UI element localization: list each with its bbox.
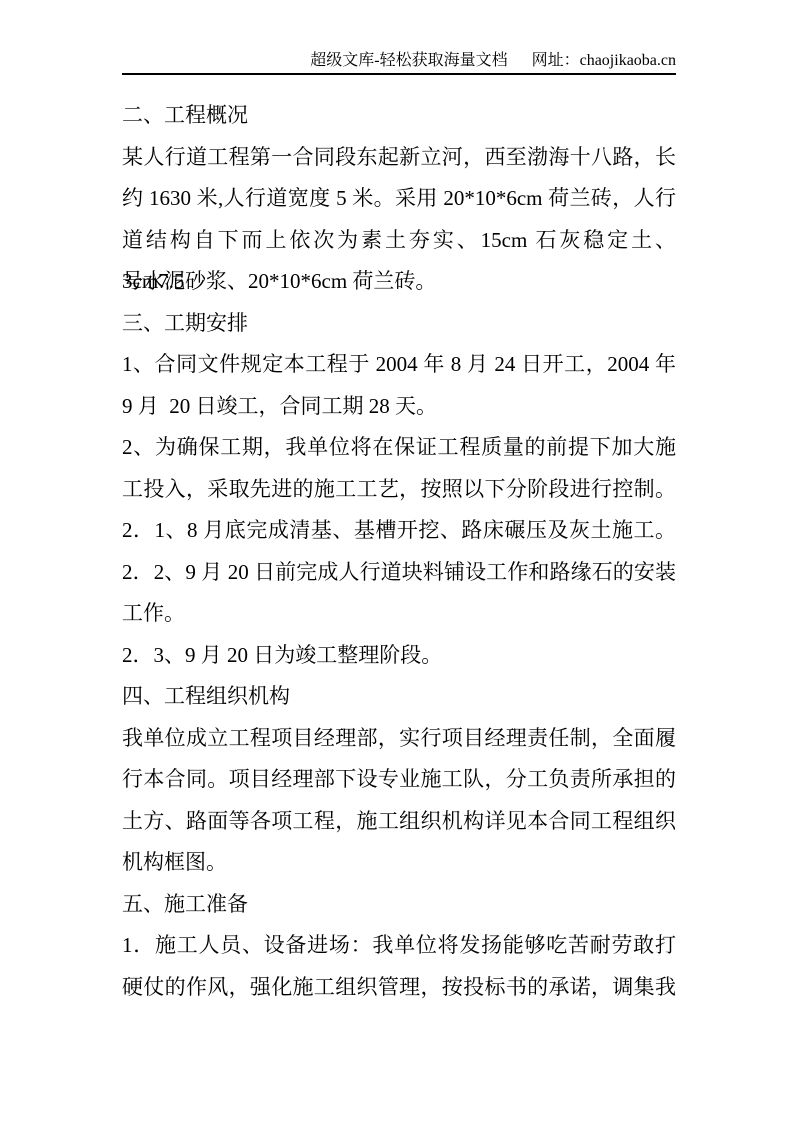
text-line: 9 月 20 日竣工，合同工期 28 天。 bbox=[122, 386, 676, 428]
text-line: 1．施工人员、设备进场：我单位将发扬能够吃苦耐劳敢打 bbox=[122, 925, 676, 967]
text-line: 道结构自下而上依次为素土夯实、15cm 石灰稳定土、3cm7.5 bbox=[122, 220, 676, 262]
text-line: 我单位成立工程项目经理部，实行项目经理责任制，全面履 bbox=[122, 718, 676, 760]
section-heading: 三、工期安排 bbox=[122, 303, 676, 345]
section-heading: 二、工程概况 bbox=[122, 95, 676, 137]
text-line: 硬仗的作风，强化施工组织管理，按投标书的承诺，调集我 bbox=[122, 967, 676, 1009]
section-heading: 五、施工准备 bbox=[122, 884, 676, 926]
text-line: 2．1、8 月底完成清基、基槽开挖、路床碾压及灰土施工。 bbox=[122, 510, 676, 552]
text-line: 号水泥砂浆、20*10*6cm 荷兰砖。 bbox=[122, 261, 676, 303]
document-body: 二、工程概况某人行道工程第一合同段东起新立河，西至渤海十八路，长约 1630 米… bbox=[122, 95, 676, 1008]
text-line: 机构框图。 bbox=[122, 842, 676, 884]
text-line: 某人行道工程第一合同段东起新立河，西至渤海十八路，长 bbox=[122, 137, 676, 179]
text-line: 2、为确保工期，我单位将在保证工程质量的前提下加大施 bbox=[122, 427, 676, 469]
text-line: 2．3、9 月 20 日为竣工整理阶段。 bbox=[122, 635, 676, 677]
text-line: 2．2、9 月 20 日前完成人行道块料铺设工作和路缘石的安装 bbox=[122, 552, 676, 594]
text-line: 1、合同文件规定本工程于 2004 年 8 月 24 日开工，2004 年 bbox=[122, 344, 676, 386]
text-line: 行本合同。项目经理部下设专业施工队，分工负责所承担的 bbox=[122, 759, 676, 801]
section-heading: 四、工程组织机构 bbox=[122, 676, 676, 718]
page-header: 超级文库-轻松获取海量文档网址：chaojikaoba.cn bbox=[122, 50, 676, 75]
header-url-label: 网址：chaojikaoba.cn bbox=[532, 52, 676, 69]
document-page: 超级文库-轻松获取海量文档网址：chaojikaoba.cn 二、工程概况某人行… bbox=[0, 0, 793, 1122]
text-line: 工作。 bbox=[122, 593, 676, 635]
text-line: 土方、路面等各项工程，施工组织机构详见本合同工程组织 bbox=[122, 801, 676, 843]
header-site-label: 超级文库-轻松获取海量文档 bbox=[310, 52, 507, 69]
text-line: 约 1630 米,人行道宽度 5 米。采用 20*10*6cm 荷兰砖，人行 bbox=[122, 178, 676, 220]
text-line: 工投入，采取先进的施工工艺，按照以下分阶段进行控制。 bbox=[122, 469, 676, 511]
